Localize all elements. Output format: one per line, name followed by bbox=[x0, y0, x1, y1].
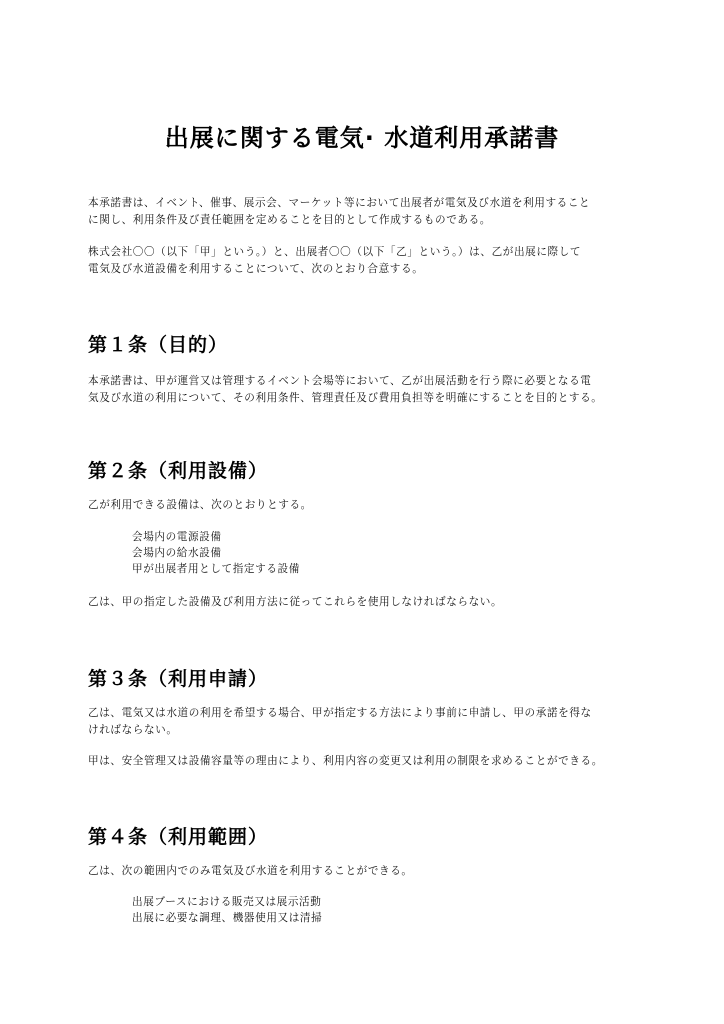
article-1-heading: 第１条（目的） bbox=[88, 330, 228, 357]
article-3-paragraph-2: 甲は、安全管理又は設備容量等の理由により、利用内容の変更又は利用の制限を求めるこ… bbox=[88, 753, 603, 770]
article-4-intro: 乙は、次の範囲内でのみ電気及び水道を利用することができる。 bbox=[88, 863, 413, 880]
intro-paragraph-2: 株式会社〇〇（以下「甲」という。）と、出展者〇〇（以下「乙」という。）は、乙が出… bbox=[88, 244, 581, 278]
text-line: 株式会社〇〇（以下「甲」という。）と、出展者〇〇（以下「乙」という。）は、乙が出… bbox=[88, 244, 581, 261]
article-3-heading: 第３条（利用申請） bbox=[88, 664, 268, 691]
document-title: 出展に関する電気· 水道利用承諾書 bbox=[0, 118, 724, 153]
text-line: 電気及び水道設備を利用することについて、次のとおり合意する。 bbox=[88, 261, 581, 278]
article-4-list: 出展ブースにおける販売又は展示活動 出展に必要な調理、機器使用又は清掃 bbox=[132, 894, 322, 926]
article-2-intro: 乙が利用できる設備は、次のとおりとする。 bbox=[88, 497, 312, 514]
text-line: 本承諾書は、イベント、催事、展示会、マーケット等において出展者が電気及び水道を利… bbox=[88, 195, 590, 212]
article-4-heading: 第４条（利用範囲） bbox=[88, 822, 268, 849]
list-item: 甲が出展者用として指定する設備 bbox=[132, 561, 300, 577]
text-line: ければならない。 bbox=[88, 722, 592, 739]
article-3-paragraph-1: 乙は、電気又は水道の利用を希望する場合、甲が指定する方法により事前に申請し、甲の… bbox=[88, 705, 592, 739]
text-line: 本承諾書は、甲が運営又は管理するイベント会場等において、乙が出展活動を行う際に必… bbox=[88, 373, 602, 390]
list-item: 出展に必要な調理、機器使用又は清掃 bbox=[132, 910, 322, 926]
article-2-paragraph: 乙は、甲の指定した設備及び利用方法に従ってこれらを使用しなければならない。 bbox=[88, 594, 502, 611]
text-line: 気及び水道の利用について、その利用条件、管理責任及び費用負担等を明確にすることを… bbox=[88, 390, 602, 407]
article-1-paragraph: 本承諾書は、甲が運営又は管理するイベント会場等において、乙が出展活動を行う際に必… bbox=[88, 373, 602, 407]
text-line: に関し、利用条件及び責任範囲を定めることを目的として作成するものである。 bbox=[88, 212, 590, 229]
list-item: 会場内の電源設備 bbox=[132, 529, 300, 545]
article-2-list: 会場内の電源設備 会場内の給水設備 甲が出展者用として指定する設備 bbox=[132, 529, 300, 577]
intro-paragraph-1: 本承諾書は、イベント、催事、展示会、マーケット等において出展者が電気及び水道を利… bbox=[88, 195, 590, 229]
list-item: 会場内の給水設備 bbox=[132, 545, 300, 561]
list-item: 出展ブースにおける販売又は展示活動 bbox=[132, 894, 322, 910]
article-2-heading: 第２条（利用設備） bbox=[88, 456, 268, 483]
text-line: 乙は、電気又は水道の利用を希望する場合、甲が指定する方法により事前に申請し、甲の… bbox=[88, 705, 592, 722]
